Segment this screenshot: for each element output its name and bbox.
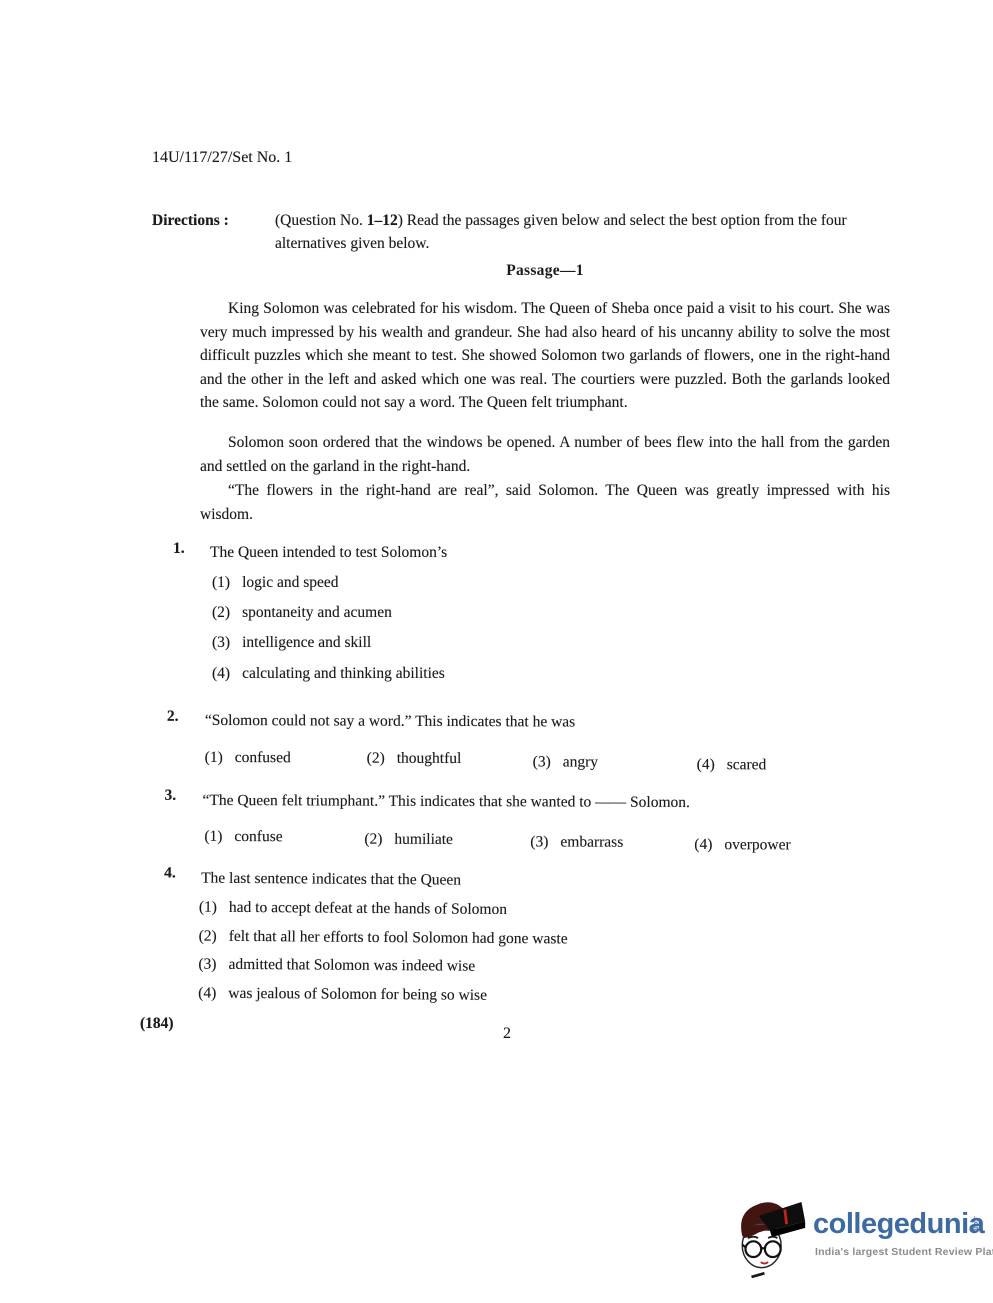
option-text: confuse xyxy=(234,828,282,845)
option-text: felt that all her efforts to fool Solomo… xyxy=(229,928,568,948)
question-2-option-2: (2)thoughtful xyxy=(367,747,462,770)
option-text: calculating and thinking abilities xyxy=(242,665,445,682)
option-label: (2) xyxy=(199,928,217,945)
question-4-number: 4. xyxy=(164,864,176,882)
option-label: (1) xyxy=(204,828,222,845)
option-label: (4) xyxy=(694,836,712,853)
question-3-option-3: (3)embarrass xyxy=(530,830,623,853)
paper-code: 14U/117/27/Set No. 1 xyxy=(152,146,292,169)
option-label: (4) xyxy=(212,665,230,682)
option-label: (3) xyxy=(533,753,551,770)
option-text: admitted that Solomon was indeed wise xyxy=(228,956,475,975)
passage-paragraph-3: “The flowers in the right-hand are real”… xyxy=(200,479,890,526)
directions-question-range: 1–12 xyxy=(367,212,398,229)
question-1-option-3: (3)intelligence and skill xyxy=(212,631,371,654)
collegedunia-mascot-icon xyxy=(733,1192,807,1286)
directions-label: Directions : xyxy=(152,209,229,232)
option-label: (1) xyxy=(199,899,217,916)
option-label: (2) xyxy=(367,750,385,767)
option-label: (3) xyxy=(198,956,216,973)
option-label: (4) xyxy=(697,756,715,773)
question-4: 4. The last sentence indicates that the … xyxy=(0,0,993,8)
question-2-option-1: (1)confused xyxy=(205,746,291,769)
passage-paragraph-2: Solomon soon ordered that the windows be… xyxy=(200,431,890,478)
option-text: embarrass xyxy=(560,833,623,850)
option-text: humiliate xyxy=(394,831,453,848)
option-label: (1) xyxy=(212,574,230,591)
question-4-option-3: (3)admitted that Solomon was indeed wise xyxy=(198,953,475,978)
option-text: confused xyxy=(235,749,291,766)
footer-booklet-code: (184) xyxy=(140,1012,174,1035)
option-text: was jealous of Solomon for being so wise xyxy=(228,985,487,1004)
question-3-text: “The Queen felt triumphant.” This indica… xyxy=(202,789,690,814)
directions-prefix: (Question No. xyxy=(275,212,367,229)
question-1-option-2: (2)spontaneity and acumen xyxy=(212,601,392,624)
option-label: (4) xyxy=(198,985,216,1002)
directions-text: (Question No. 1–12) Read the passages gi… xyxy=(275,209,875,255)
question-2-option-3: (3)angry xyxy=(533,750,598,773)
option-label: (3) xyxy=(212,634,230,651)
question-4-option-4: (4)was jealous of Solomon for being so w… xyxy=(198,982,487,1007)
option-text: angry xyxy=(563,753,598,770)
question-3-option-1: (1)confuse xyxy=(204,825,282,848)
question-1-number: 1. xyxy=(173,540,185,558)
option-label: (1) xyxy=(205,749,223,766)
question-4-text: The last sentence indicates that the Que… xyxy=(201,867,461,892)
passage-title: Passage—1 xyxy=(200,262,890,280)
collegedunia-tld-text: .com xyxy=(972,1216,979,1232)
question-1-text: The Queen intended to test Solomon’s xyxy=(210,541,447,564)
page-number: 2 xyxy=(503,1022,511,1045)
option-label: (2) xyxy=(364,831,382,848)
question-2-option-4: (4)scared xyxy=(697,753,767,776)
option-text: overpower xyxy=(724,836,790,853)
option-label: (3) xyxy=(530,833,548,850)
option-text: scared xyxy=(727,756,767,773)
question-4-option-2: (2)felt that all her efforts to fool Sol… xyxy=(199,925,568,951)
option-text: thoughtful xyxy=(397,750,462,767)
option-text: spontaneity and acumen xyxy=(242,604,392,621)
question-2-number: 2. xyxy=(167,708,179,726)
question-3-option-4: (4)overpower xyxy=(694,833,790,856)
passage-paragraph-1: King Solomon was celebrated for his wisd… xyxy=(200,297,890,415)
question-2: 2. “Solomon could not say a word.” This … xyxy=(0,0,993,4)
option-text: had to accept defeat at the hands of Sol… xyxy=(229,899,507,918)
question-3-number: 3. xyxy=(164,787,176,805)
question-1-option-4: (4)calculating and thinking abilities xyxy=(212,662,445,685)
question-3: 3. “The Queen felt triumphant.” This ind… xyxy=(0,0,993,4)
option-text: logic and speed xyxy=(242,574,338,591)
question-2-text: “Solomon could not say a word.” This ind… xyxy=(205,709,575,734)
option-label: (2) xyxy=(212,604,230,621)
collegedunia-brand-text: collegedunia xyxy=(813,1208,984,1241)
scanned-exam-page: 14U/117/27/Set No. 1 Directions : (Quest… xyxy=(0,0,993,1303)
question-4-option-1: (1)had to accept defeat at the hands of … xyxy=(199,896,507,921)
question-1-option-1: (1)logic and speed xyxy=(212,571,339,594)
option-text: intelligence and skill xyxy=(242,634,371,651)
collegedunia-tagline: India's largest Student Review Platform xyxy=(815,1246,993,1258)
collegedunia-logo: collegedunia .com India's largest Studen… xyxy=(733,1192,989,1288)
question-3-option-2: (2)humiliate xyxy=(364,828,453,851)
